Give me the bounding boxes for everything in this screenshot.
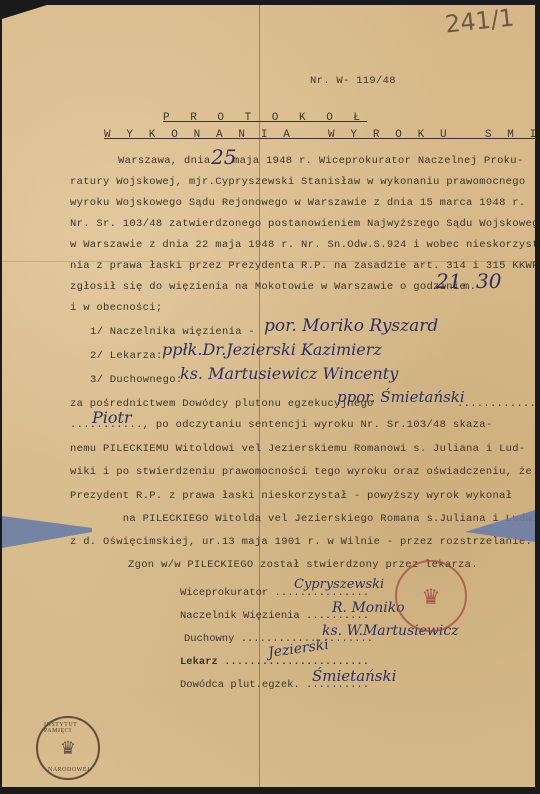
execution-dots: ...............	[457, 398, 535, 410]
eagle-emblem-icon: ♛	[61, 735, 74, 761]
archive-number: 241/1	[444, 5, 516, 39]
ipn-stamp-bottom-text: NARODOWEJ	[48, 767, 90, 773]
reference-number: Nr. W- 119/48	[310, 75, 396, 87]
execution-line-7: z d. Oświęcimskiej, ur.13 maja 1901 r. w…	[70, 536, 532, 548]
minute-label: m.	[463, 281, 476, 293]
body-line-2: ratury Wojskowej, mjr.Cypryszewski Stani…	[70, 176, 525, 188]
document-subtitle: W Y K O N A N I A W Y R O K U S M I E R …	[104, 129, 535, 141]
execution-line-4: wiki i po stwierdzeniu prawomocności teg…	[70, 466, 532, 478]
body-line-5: w Warszawie z dnia 22 maja 1948 r. Nr. S…	[70, 239, 535, 251]
execution-line-5: Prezydent R.P. z prawa łaski nieskorzyst…	[70, 490, 512, 502]
signature-commander: Śmietański	[312, 667, 396, 685]
witness-warden-label: 1/ Naczelnika więzienia -	[90, 326, 255, 338]
handwritten-hour: 21	[436, 269, 461, 293]
body-line-6: nia z prawa łaski przez Prezydenta R.P. …	[70, 260, 535, 272]
body-line-1b: maja 1948 r. Wiceprokurator Naczelnej Pr…	[233, 155, 523, 167]
body-line-1a: Warszawa, dnia	[118, 155, 210, 167]
handwritten-minute: 30	[476, 269, 501, 293]
handwritten-doctor: ppłk.Dr.Jezierski Kazimierz	[162, 340, 382, 359]
ipn-stamp-top-text: INSTYTUT PAMIĘCI	[44, 722, 98, 734]
body-line-9: i w obecności;	[70, 302, 162, 314]
prosecutor-seal-stamp: ♛	[395, 560, 467, 632]
document-title: P R O T O K O Ł	[163, 112, 367, 124]
body-line-4: Nr. Sr. 103/48 zatwierdzonego postanowie…	[70, 218, 535, 230]
signature-warden: R. Moniko	[332, 600, 405, 616]
execution-line-2: ..........., po odczytaniu sentencji wyr…	[70, 419, 492, 431]
handwritten-commander: ppor. Śmietański	[337, 388, 465, 406]
document-page: 241/1 Nr. W- 119/48 P R O T O K O Ł W Y …	[2, 5, 535, 787]
execution-line-3: nemu PILECKIEMU Witoldowi vel Jezierskie…	[70, 443, 525, 455]
handwritten-priest: ks. Martusiewicz Wincenty	[180, 364, 398, 383]
witness-doctor-label: 2/ Lekarza:	[90, 350, 163, 362]
body-line-3: wyroku Wojskowego Sądu Rejonowego w Wars…	[70, 197, 525, 209]
ipn-stamp: ♛ INSTYTUT PAMIĘCI NARODOWEJ	[36, 716, 100, 780]
execution-line-6: na PILECKIEGO Witolda vel Jezierskiego R…	[70, 513, 535, 525]
eagle-emblem-icon: ♛	[423, 581, 439, 612]
handwritten-warden: por. Moriko Ryszard	[264, 316, 438, 336]
signature-prosecutor: Cypryszewski	[294, 577, 384, 592]
witness-priest-label: 3/ Duchownego:	[90, 374, 182, 386]
body-line-7: zgłosił się do więzienia na Mokotowie w …	[70, 281, 466, 293]
